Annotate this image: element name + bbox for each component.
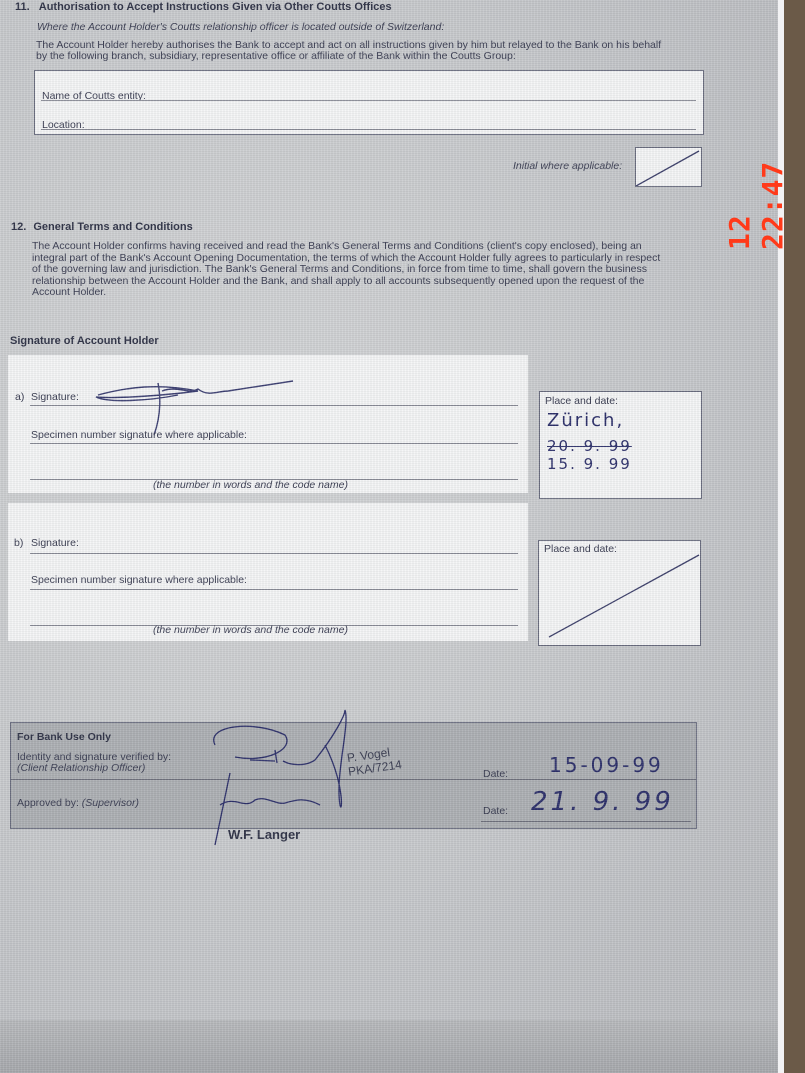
coutts-entity-box: Name of Coutts entity: Location: xyxy=(34,70,704,135)
specimen-a-field[interactable] xyxy=(30,443,518,444)
date-label-2: Date: xyxy=(483,805,508,817)
signature-a-box: a) Signature: Specimen number signature … xyxy=(8,355,528,493)
terms-line: of the governing law and jurisdiction. T… xyxy=(32,264,704,276)
signature-a-prefix: a) xyxy=(15,391,24,403)
terms-line: relationship between the Account Holder … xyxy=(32,276,704,288)
signature-b-field[interactable] xyxy=(30,553,518,554)
section-11-body-line2: by the following branch, subsidiary, rep… xyxy=(36,51,516,63)
diagonal-strike-icon xyxy=(539,541,700,645)
date-struck-out: 20. 9. 99 xyxy=(547,437,632,455)
approved-row: Approved by: (Supervisor) xyxy=(17,798,139,810)
signature-b-box: b) Signature: Specimen number signature … xyxy=(8,503,528,641)
bank-use-title: For Bank Use Only xyxy=(17,731,111,743)
date-value-1: 15-09-99 xyxy=(549,753,664,777)
verified-role: (Client Relationship Officer) xyxy=(17,763,145,775)
approval-date-line xyxy=(481,821,691,822)
section-12-title: General Terms and Conditions xyxy=(33,221,192,233)
specimen-b-label: Specimen number signature where applicab… xyxy=(31,574,247,586)
section-11-title: Authorisation to Accept Instructions Giv… xyxy=(39,1,392,13)
place-date-b-box[interactable]: Place and date: xyxy=(538,540,701,646)
camera-timestamp: 12 22:47 xyxy=(723,161,789,250)
date-handwritten: 15. 9. 99 xyxy=(547,455,632,473)
approver-name: W.F. Langer xyxy=(228,827,300,842)
initial-box[interactable] xyxy=(635,147,702,187)
date-value-2: 21. 9. 99 xyxy=(531,787,674,817)
signature-a-label: Signature: xyxy=(31,391,79,403)
place-handwritten: Zürich, xyxy=(547,410,624,431)
approved-role: (Supervisor) xyxy=(82,797,139,809)
signature-b-label: Signature: xyxy=(31,537,79,549)
initial-label: Initial where applicable: xyxy=(513,160,622,172)
place-date-a-label: Place and date: xyxy=(545,395,618,407)
section-11-heading: 11. Authorisation to Accept Instructions… xyxy=(15,1,392,13)
place-date-a-box[interactable]: Place and date: Zürich, 20. 9. 99 15. 9.… xyxy=(539,391,702,499)
terms-line: The Account Holder confirms having recei… xyxy=(32,241,704,253)
section-12-heading: 12. General Terms and Conditions xyxy=(11,221,193,233)
coutts-entity-field[interactable] xyxy=(41,100,696,101)
location-field[interactable] xyxy=(41,129,696,130)
terms-line: Account Holder. xyxy=(32,287,704,299)
specimen-a-note: (the number in words and the code name) xyxy=(153,479,348,491)
section-11-subtitle: Where the Account Holder's Coutts relati… xyxy=(37,22,444,34)
specimen-b-field[interactable] xyxy=(30,589,518,590)
section-11-number: 11. xyxy=(15,1,30,13)
specimen-b-note: (the number in words and the code name) xyxy=(153,624,348,636)
document-page: 11. Authorisation to Accept Instructions… xyxy=(0,0,778,1073)
section-12-body: The Account Holder confirms having recei… xyxy=(32,241,704,299)
diagonal-strike-icon xyxy=(636,148,701,186)
section-12-number: 12. xyxy=(11,221,26,233)
approved-label: Approved by: xyxy=(17,797,79,809)
photocopy-shadow-band xyxy=(0,1020,778,1073)
date-label-1: Date: xyxy=(483,768,508,780)
specimen-a-label: Specimen number signature where applicab… xyxy=(31,429,247,441)
signature-b-prefix: b) xyxy=(14,537,23,549)
signature-section-title: Signature of Account Holder xyxy=(10,335,159,347)
